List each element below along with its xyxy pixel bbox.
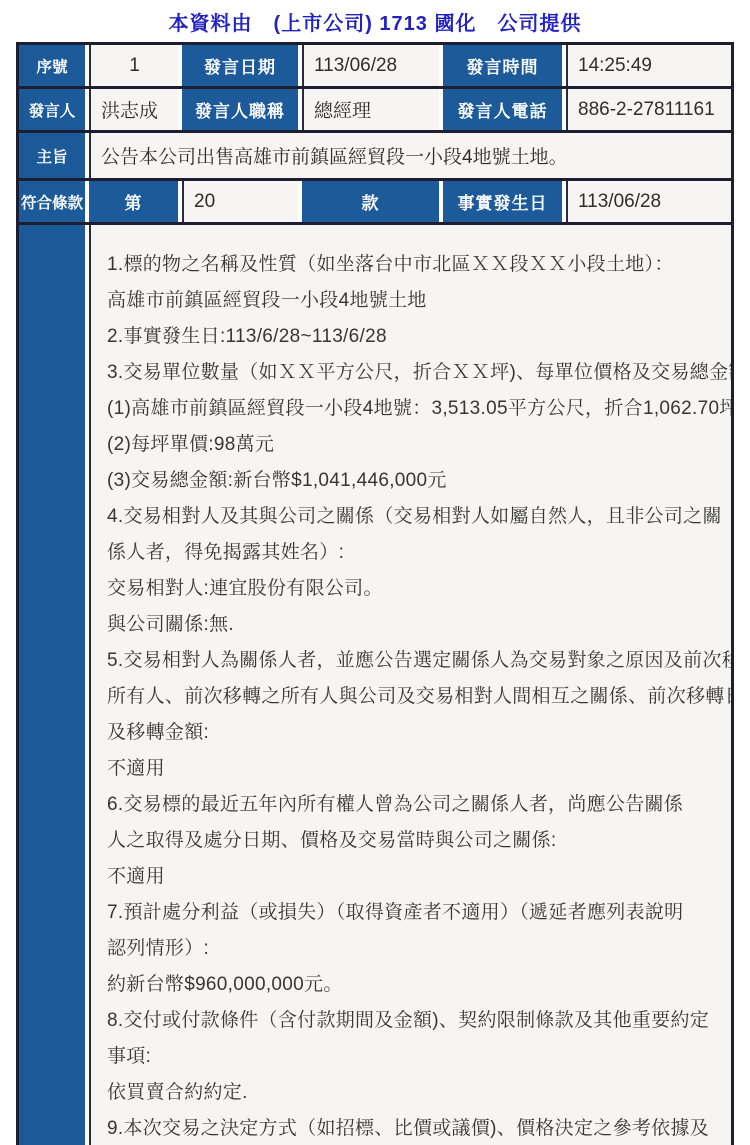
detail-line: 2.事實發生日:113/6/28~113/6/28	[107, 319, 731, 355]
fact-date-value: 113/06/28	[566, 181, 731, 222]
detail-line: 8.交付或付款條件（含付款期間及金額)、契約限制條款及其他重要約定	[107, 1003, 731, 1039]
subject-label: 主旨	[19, 133, 85, 178]
page-title: 本資料由 (上市公司) 1713 國化 公司提供	[0, 0, 750, 42]
detail-label-cell	[19, 225, 85, 1145]
table-row-subject: 主旨 公告本公司出售高雄市前鎮區經貿段一小段4地號土地。	[19, 133, 731, 181]
detail-line: 4.交易相對人及其與公司之關係（交易相對人如屬自然人，且非公司之關	[107, 499, 731, 535]
detail-line: 不適用	[107, 751, 731, 787]
spokesman-phone-value: 886-2-27811161	[566, 89, 731, 130]
speak-date-value: 113/06/28	[302, 45, 439, 86]
detail-line: 認列情形）:	[107, 931, 731, 967]
spokesman-value: 洪志成	[89, 89, 178, 130]
detail-line: 7.預計處分利益（或損失）（取得資產者不適用）（遞延者應列表說明	[107, 895, 731, 931]
detail-line: (1)高雄市前鎮區經貿段一小段4地號：3,513.05平方公尺，折合1,062.…	[107, 391, 731, 427]
speak-time-label: 發言時間	[443, 45, 562, 86]
announcement-page: 本資料由 (上市公司) 1713 國化 公司提供 序號 1 發言日期 113/0…	[0, 0, 750, 1145]
announcement-table: 序號 1 發言日期 113/06/28 發言時間 14:25:49 發言人 洪志…	[16, 42, 734, 1145]
detail-line: 交易相對人:連宜股份有限公司。	[107, 571, 731, 607]
detail-line: 事項:	[107, 1039, 731, 1075]
table-row-spokesman: 發言人 洪志成 發言人職稱 總經理 發言人電話 886-2-27811161	[19, 89, 731, 133]
seq-label: 序號	[19, 45, 85, 86]
detail-line: 約新台幣$960,000,000元。	[107, 967, 731, 1003]
detail-content: 1.標的物之名稱及性質（如坐落台中市北區ＸＸ段ＸＸ小段土地）：高雄市前鎮區經貿段…	[89, 225, 731, 1145]
detail-line: 5.交易相對人為關係人者，並應公告選定關係人為交易對象之原因及前次移轉之	[107, 643, 731, 679]
detail-line: 3.交易單位數量（如ＸＸ平方公尺，折合ＸＸ坪)、每單位價格及交易總金額:	[107, 355, 731, 391]
table-row-detail: 1.標的物之名稱及性質（如坐落台中市北區ＸＸ段ＸＸ小段土地）：高雄市前鎮區經貿段…	[19, 225, 731, 1145]
seq-value: 1	[89, 45, 178, 86]
speak-time-value: 14:25:49	[566, 45, 731, 86]
article-value: 20	[182, 181, 298, 222]
detail-line: 依買賣合約約定.	[107, 1075, 731, 1111]
speak-date-label: 發言日期	[182, 45, 298, 86]
detail-line: 9.本次交易之決定方式（如招標、比價或議價)、價格決定之參考依據及	[107, 1111, 731, 1145]
table-row-clause: 符合條款 第 20 款 事實發生日 113/06/28	[19, 181, 731, 225]
item-label: 款	[302, 181, 439, 222]
detail-line: 人之取得及處分日期、價格及交易當時與公司之關係:	[107, 823, 731, 859]
spokesman-label: 發言人	[19, 89, 85, 130]
detail-line: (3)交易總金額:新台幣$1,041,446,000元	[107, 463, 731, 499]
detail-line: 及移轉金額:	[107, 715, 731, 751]
detail-line: 高雄市前鎮區經貿段一小段4地號土地	[107, 283, 731, 319]
clause-label: 符合條款	[19, 181, 85, 222]
article-label: 第	[89, 181, 178, 222]
spokesman-phone-label: 發言人電話	[443, 89, 562, 130]
fact-date-label: 事實發生日	[443, 181, 562, 222]
detail-content-lines: 1.標的物之名稱及性質（如坐落台中市北區ＸＸ段ＸＸ小段土地）：高雄市前鎮區經貿段…	[107, 247, 731, 1145]
detail-line: 不適用	[107, 859, 731, 895]
detail-line: 6.交易標的最近五年內所有權人曾為公司之關係人者，尚應公告關係	[107, 787, 731, 823]
spokesman-title-value: 總經理	[302, 89, 439, 130]
subject-value: 公告本公司出售高雄市前鎮區經貿段一小段4地號土地。	[89, 133, 731, 178]
detail-line: 與公司關係:無.	[107, 607, 731, 643]
spokesman-title-label: 發言人職稱	[182, 89, 298, 130]
detail-line: (2)每坪單價:98萬元	[107, 427, 731, 463]
detail-line: 1.標的物之名稱及性質（如坐落台中市北區ＸＸ段ＸＸ小段土地）：	[107, 247, 731, 283]
table-row-basic-info: 序號 1 發言日期 113/06/28 發言時間 14:25:49	[19, 45, 731, 89]
detail-line: 所有人、前次移轉之所有人與公司及交易相對人間相互之關係、前次移轉日期	[107, 679, 731, 715]
detail-line: 係人者，得免揭露其姓名）:	[107, 535, 731, 571]
